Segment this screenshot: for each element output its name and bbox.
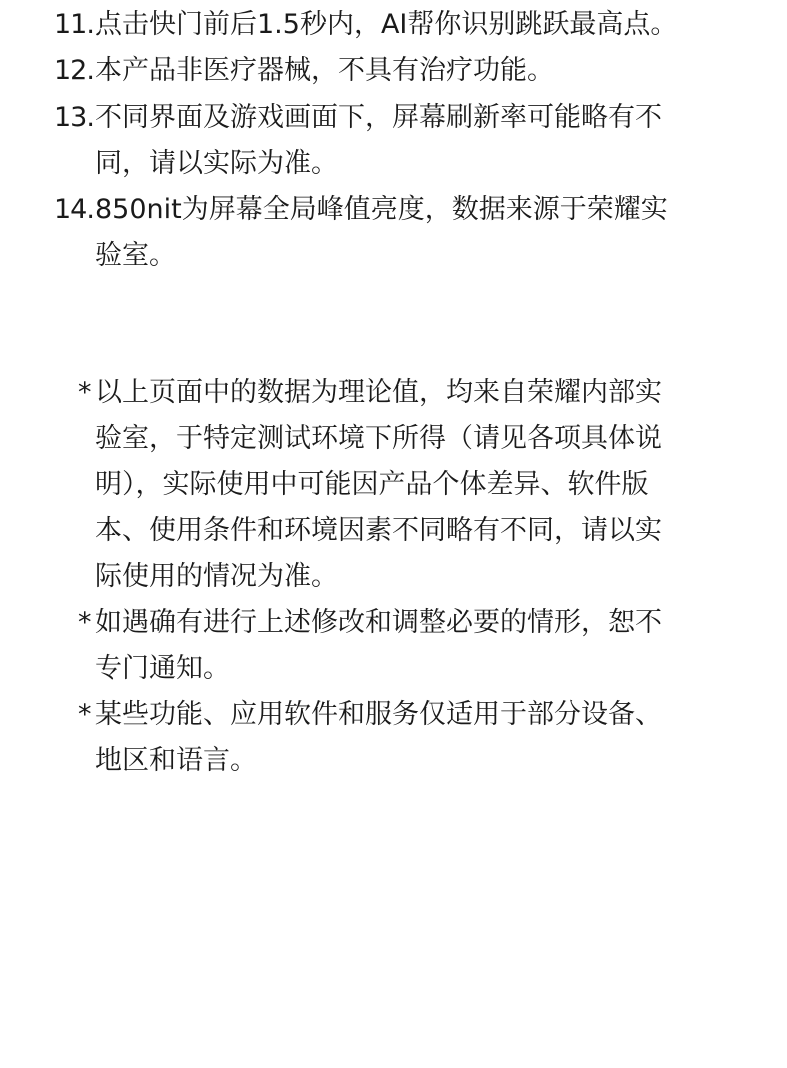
note-text: 不同界面及游戏画面下，屏幕刷新率可能略有不	[95, 95, 662, 141]
footnote-text: 以上页面中的数据为理论值，均来自荣耀内部实	[95, 370, 662, 416]
note-text: 验室。	[95, 233, 176, 279]
footnote-text: 专门通知。	[95, 646, 230, 692]
footnote-text: 某些功能、应用软件和服务仅适用于部分设备、	[95, 692, 662, 738]
asterisk-marker: *	[78, 692, 94, 738]
note-text: 点击快门前后1.5秒内，AI帮你识别跳跃最高点。	[95, 2, 677, 48]
note-text: 同，请以实际为准。	[95, 141, 338, 187]
footnote-text: 验室，于特定测试环境下所得（请见各项具体说	[95, 416, 662, 462]
note-number: 12.	[54, 48, 94, 94]
note-number: 14.	[54, 187, 94, 233]
footnote-text: 如遇确有进行上述修改和调整必要的情形，恕不	[95, 600, 662, 646]
footnote-text: 地区和语言。	[95, 738, 257, 784]
footnote-text: 明），实际使用中可能因产品个体差异、软件版	[95, 462, 649, 508]
note-text: 850nit为屏幕全局峰值亮度，数据来源于荣耀实	[95, 187, 668, 233]
footnote-text: 际使用的情况为准。	[95, 554, 338, 600]
note-number: 13.	[54, 95, 94, 141]
asterisk-marker: *	[78, 600, 94, 646]
asterisk-marker: *	[78, 370, 94, 416]
note-number: 11.	[54, 2, 94, 48]
footnote-text: 本、使用条件和环境因素不同略有不同，请以实	[95, 508, 662, 554]
note-text: 本产品非医疗器械，不具有治疗功能。	[95, 48, 554, 94]
